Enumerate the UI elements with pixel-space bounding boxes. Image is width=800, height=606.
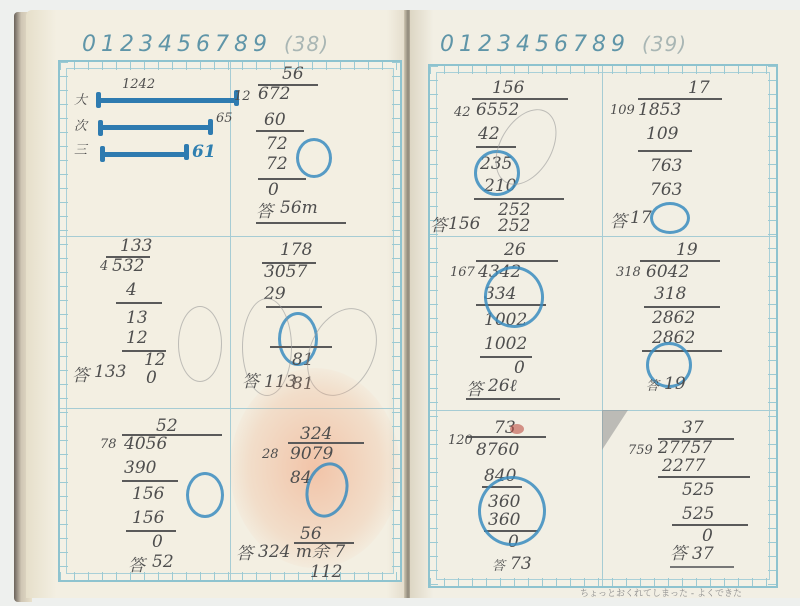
bar-diagram: 1242 大 次 三 65 61 (60, 62, 230, 236)
step: 525 (682, 506, 714, 523)
answer-label: 答 (72, 368, 89, 385)
problem-cell: 19 318 6042 318 2862 2862 答 19 (602, 236, 776, 410)
quotient: 178 (280, 242, 312, 259)
answer: 324 m余 7 (258, 544, 345, 561)
answer: 17 (630, 210, 652, 227)
step: 1002 (484, 336, 527, 353)
problem-cell: 52 78 4056 390 156 156 0 答 52 (60, 408, 230, 580)
step: 13 (126, 310, 148, 327)
red-mark (510, 424, 524, 434)
step: 2862 (652, 310, 695, 327)
left-grid: 1242 大 次 三 65 61 56 12 672 60 72 72 (58, 60, 402, 582)
step: 0 (514, 360, 525, 377)
blue-check-circle (296, 138, 332, 178)
blue-check-circle (650, 202, 690, 234)
left-page: 0123456789 (38) 1242 大 次 三 65 61 (26, 10, 406, 598)
dividend: 27757 (658, 440, 712, 457)
left-header: 0123456789 (38) (82, 32, 329, 57)
quotient: 37 (682, 420, 704, 437)
dividend: 6552 (476, 102, 519, 119)
step: 56 (300, 526, 322, 543)
step: 156 (132, 486, 164, 503)
shaded-corner (602, 410, 628, 450)
step: 390 (124, 460, 156, 477)
answer: 19 (664, 376, 686, 393)
blue-check-circle (186, 472, 224, 518)
quotient: 324 (300, 426, 332, 443)
quotient: 156 (492, 80, 524, 97)
step: 156 (132, 510, 164, 527)
quotient: 17 (688, 80, 710, 97)
step: 0 (268, 182, 279, 199)
quotient: 56 (282, 66, 304, 83)
answer-label: 答 (646, 380, 659, 393)
step: 109 (646, 126, 678, 143)
bar-label: 次 (74, 120, 87, 133)
step: 72 (266, 136, 288, 153)
step: 12 (144, 352, 166, 369)
right-page: 0123456789 (39) 156 42 6552 42 235 210 (410, 10, 800, 598)
quotient: 133 (120, 238, 152, 255)
answer-label: 答 (492, 560, 505, 573)
problem-cell: 37 759 27757 2277 525 525 0 答 37 (602, 410, 776, 586)
quotient: 19 (676, 242, 698, 259)
page-number: (38) (284, 32, 329, 56)
step: 763 (650, 182, 682, 199)
answer: 133 (94, 364, 126, 381)
dividend: 532 (112, 258, 144, 275)
dividend: 672 (258, 86, 290, 103)
step: 42 (478, 126, 500, 143)
dividend: 3057 (264, 264, 307, 281)
header-digits: 0123456789 (82, 32, 272, 57)
problem-cell: 17 109 1853 109 763 763 答 17 (602, 66, 776, 236)
answer-label: 答 (670, 546, 687, 563)
divisor: 42 (454, 106, 471, 119)
answer: 73 (510, 556, 532, 573)
divisor: 4 (100, 260, 108, 273)
divisor: 759 (628, 444, 653, 457)
blue-check-circle (478, 476, 546, 546)
step: 0 (152, 534, 163, 551)
bar-label: 三 (74, 144, 87, 157)
step: 112 (310, 564, 342, 581)
problem-cell: 133 4 532 4 13 12 12 0 答 133 (60, 236, 230, 408)
divisor: 12 (234, 90, 251, 103)
bar-value: 61 (192, 144, 216, 161)
dividend: 8760 (476, 442, 519, 459)
total-value: 1242 (122, 78, 155, 91)
step: 318 (654, 286, 686, 303)
answer-label: 答 (236, 546, 253, 563)
divisor: 318 (616, 266, 641, 279)
answer-label: 答 (466, 382, 483, 399)
answer: 56m (280, 200, 318, 217)
answer: 26ℓ (488, 378, 517, 395)
problem-cell: 156 42 6552 42 235 210 252 252 答 156 (430, 66, 602, 236)
divisor: 120 (448, 434, 473, 447)
step: 4 (126, 282, 137, 299)
page-number: (39) (642, 32, 687, 56)
answer-label: 答 (128, 558, 145, 575)
teacher-note: ちょっとおくれてしまった - よくできた (580, 586, 742, 599)
answer: 37 (692, 546, 714, 563)
answer-label: 答 (430, 218, 447, 235)
step: 525 (682, 482, 714, 499)
step: 0 (146, 370, 157, 387)
answer-label: 答 (256, 204, 273, 221)
step: 60 (264, 112, 286, 129)
problem-cell: 324 28 9079 84 56 112 答 324 m余 7 (230, 408, 400, 580)
dividend: 6042 (646, 264, 689, 281)
step: 0 (702, 528, 713, 545)
answer-label: 答 (610, 214, 627, 231)
step: 252 (498, 218, 530, 235)
header-digits: 0123456789 (440, 32, 630, 57)
problem-cell: 73 120 8760 840 360 360 0 答 73 (430, 410, 602, 586)
notebook: 0123456789 (38) 1242 大 次 三 65 61 (6, 4, 800, 604)
step: 763 (650, 158, 682, 175)
dividend: 4056 (124, 436, 167, 453)
answer: 156 (448, 216, 480, 233)
step: 2277 (662, 458, 705, 475)
dividend: 9079 (290, 446, 333, 463)
bar-label: 大 (74, 94, 87, 107)
step: 12 (126, 330, 148, 347)
problem-cell: 56 12 672 60 72 72 0 答 56m (230, 62, 400, 236)
right-grid: 156 42 6552 42 235 210 252 252 答 156 17 (428, 64, 778, 588)
right-header: 0123456789 (39) (440, 32, 687, 57)
divisor: 28 (262, 448, 279, 461)
divisor: 167 (450, 266, 475, 279)
divisor: 78 (100, 438, 117, 451)
answer: 52 (152, 554, 174, 571)
problem-cell: 26 167 4342 334 1002 1002 0 答 26ℓ (430, 236, 602, 410)
divisor: 109 (610, 104, 635, 117)
dividend: 1853 (638, 102, 681, 119)
pencil-oval (178, 306, 222, 382)
step: 72 (266, 156, 288, 173)
quotient: 26 (504, 242, 526, 259)
quotient: 52 (156, 418, 178, 435)
